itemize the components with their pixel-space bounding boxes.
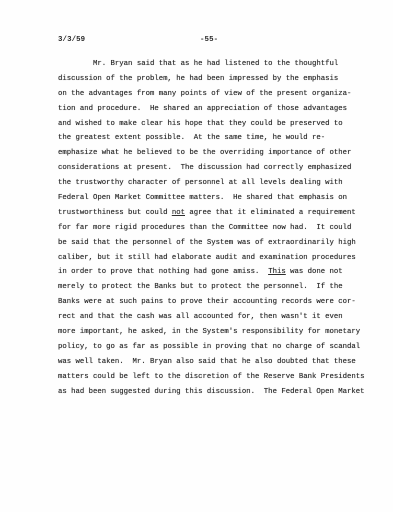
text-line: trustworthiness but could not agree that… — [58, 206, 358, 221]
text-line: more important, he asked, in the System'… — [58, 325, 358, 340]
text-line: Banks were at such pains to prove their … — [58, 295, 358, 310]
text-line: as had been suggested during this discus… — [58, 385, 358, 400]
text-line: Mr. Bryan said that as he had listened t… — [58, 57, 358, 72]
text-line: rect and that the cash was all accounted… — [58, 310, 358, 325]
document-body: Mr. Bryan said that as he had listened t… — [58, 57, 358, 399]
text-line: tion and procedure. He shared an appreci… — [58, 102, 358, 117]
text-line: caliber, but it still had elaborate audi… — [58, 251, 358, 266]
text-line: discussion of the problem, he had been i… — [58, 72, 358, 87]
text-line: Federal Open Market Committee matters. H… — [58, 191, 358, 206]
text-line: the trustworthy character of personnel a… — [58, 176, 358, 191]
text-line: be said that the personnel of the System… — [58, 236, 358, 251]
text-line: was well taken. Mr. Bryan also said that… — [58, 355, 358, 370]
text-line: on the advantages from many points of vi… — [58, 87, 358, 102]
text-line: and wished to make clear his hope that t… — [58, 117, 358, 132]
document-page: 3/3/59 -55- Mr. Bryan said that as he ha… — [0, 0, 393, 512]
document-date: 3/3/59 — [58, 36, 85, 44]
text-line: considerations at present. The discussio… — [58, 161, 358, 176]
underlined-word: This — [268, 268, 286, 276]
text-line: matters could be left to the discretion … — [58, 370, 358, 385]
page-header: 3/3/59 -55- — [58, 36, 345, 48]
text-line: merely to protect the Banks but to prote… — [58, 280, 358, 295]
text-line: the greatest extent possible. At the sam… — [58, 131, 358, 146]
underlined-word: not — [172, 209, 185, 217]
text-line: policy, to go as far as possible in prov… — [58, 340, 358, 355]
text-line: for far more rigid procedures than the C… — [58, 221, 358, 236]
text-line: emphasize what he believed to be the ove… — [58, 146, 358, 161]
page-number: -55- — [200, 36, 218, 44]
text-line: in order to prove that nothing had gone … — [58, 265, 358, 280]
